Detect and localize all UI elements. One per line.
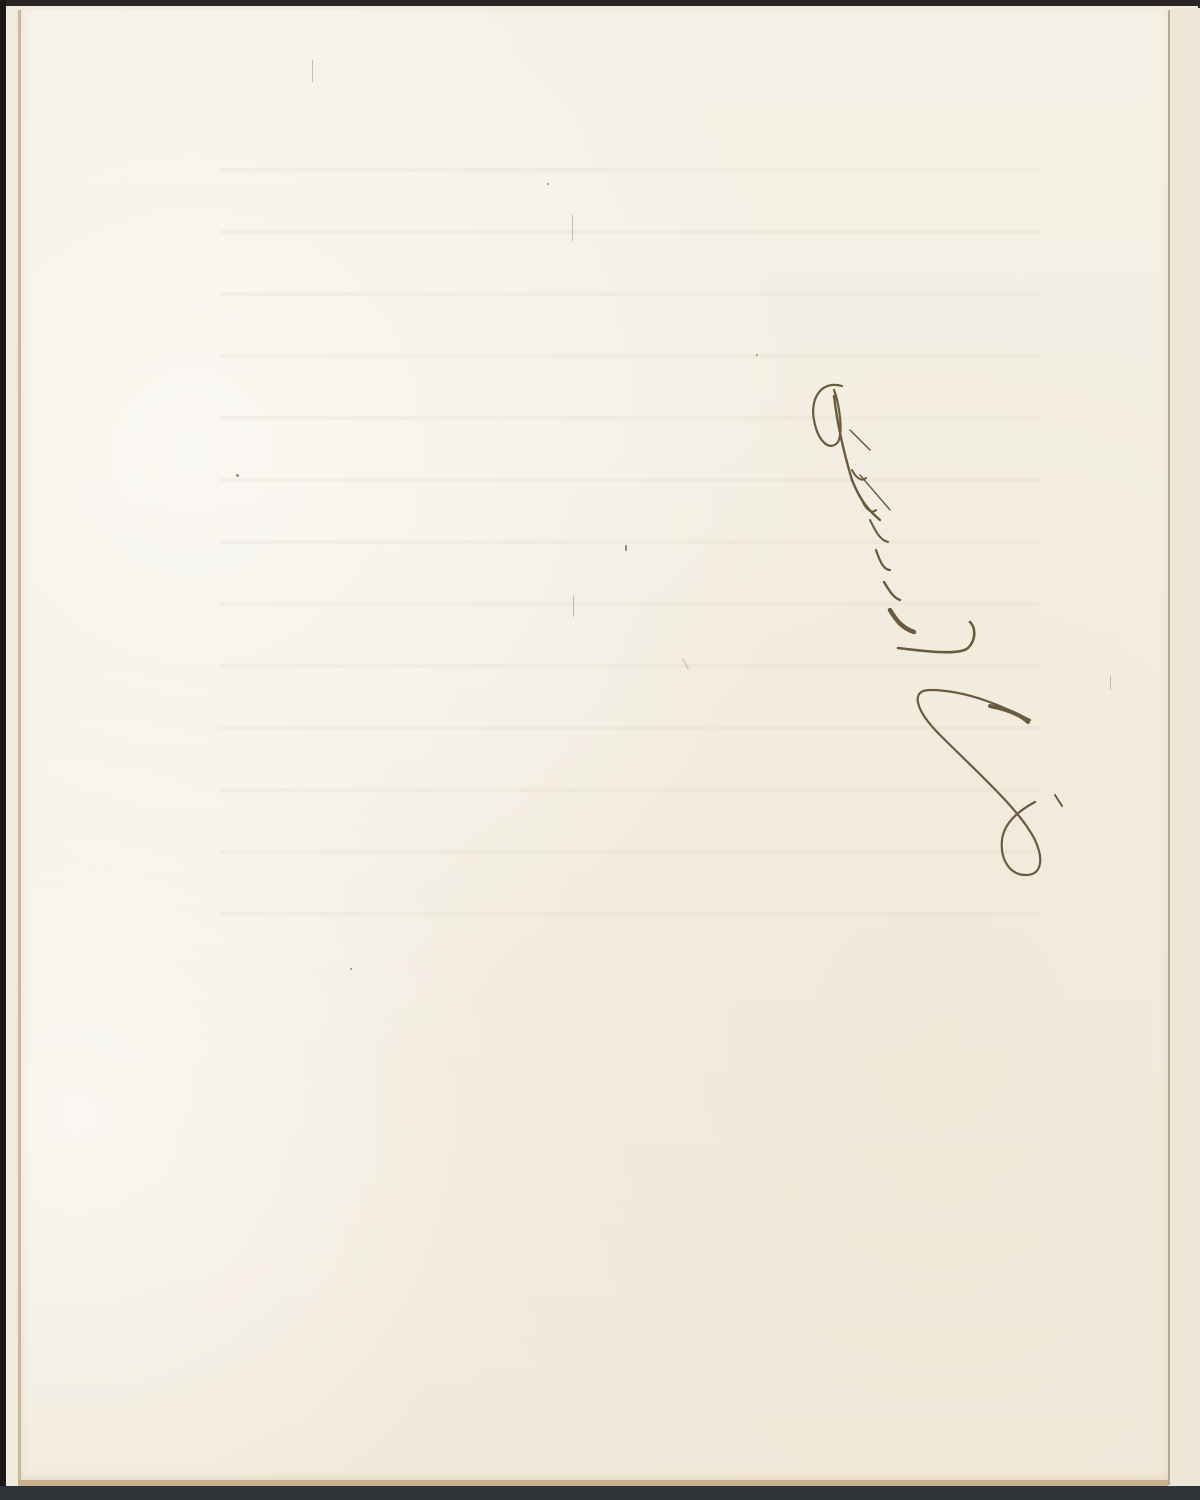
scanner-bottom-edge [0,1486,1200,1500]
paper-fiber [1110,676,1111,690]
paper-speck [236,474,239,477]
page-right-fold [1168,10,1170,1485]
scan-frame: N. Marcia perina [0,0,1200,1500]
paper-fiber [572,215,573,241]
page-left-fold [18,10,21,1485]
paper-speck [547,183,549,185]
paper-fiber [573,595,574,617]
paper-speck [350,968,352,970]
paper-fiber [312,60,313,82]
handwritten-inscription: N. Marcia perina [790,370,1090,880]
scanner-left-edge [0,0,6,1500]
adjacent-page-edge [1170,8,1200,1488]
paper-speck [625,545,627,551]
paper-speck [756,354,758,356]
